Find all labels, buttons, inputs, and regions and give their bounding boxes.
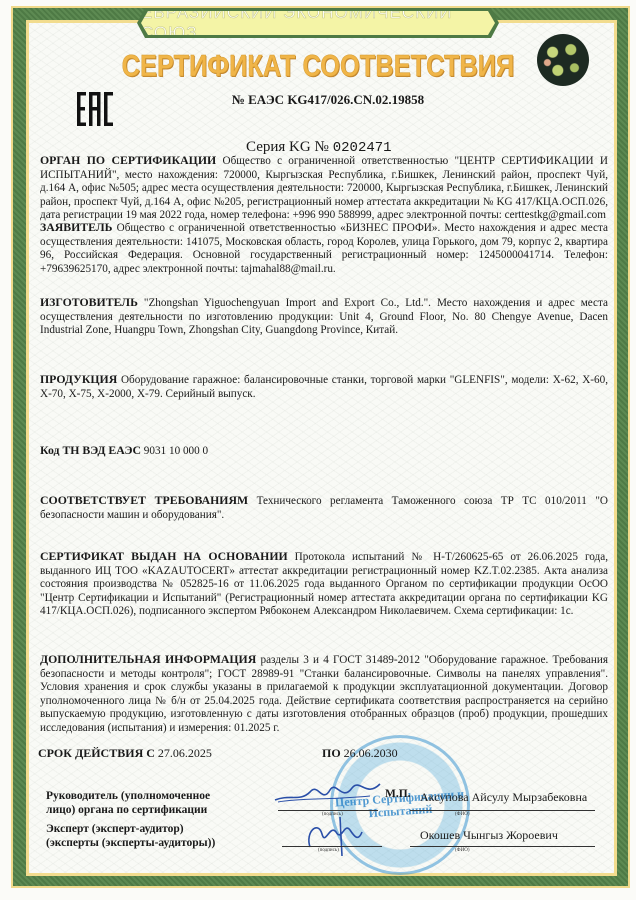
expert-signature-caption: (подпись)	[318, 848, 339, 853]
section-product: ПРОДУКЦИЯ Оборудование гаражное: баланси…	[40, 373, 608, 401]
validity-to-date: 26.06.2030	[344, 746, 398, 760]
validity-to-label: ПО	[322, 746, 341, 760]
seal-place-label: М.П.	[385, 788, 411, 800]
section-heading: СЕРТИФИКАТ ВЫДАН НА ОСНОВАНИИ	[40, 549, 288, 563]
expert-fio-caption: (ФИО)	[455, 848, 470, 853]
validity-from-date: 27.06.2025	[158, 746, 212, 760]
section-manufacturer: ИЗГОТОВИТЕЛЬ "Zhongshan Yiguochengyuan I…	[40, 296, 608, 338]
section-heading: СООТВЕТСТВУЕТ ТРЕБОВАНИЯМ	[40, 493, 248, 507]
section-heading: ИЗГОТОВИТЕЛЬ	[40, 295, 138, 309]
section-heading: ЗАЯВИТЕЛЬ	[40, 220, 112, 234]
validity-to: ПО 26.06.2030	[322, 746, 398, 761]
head-fio-caption: (ФИО)	[455, 812, 470, 817]
expert-name-line	[410, 846, 595, 847]
head-signature-icon	[270, 772, 390, 812]
expert-name: Окошев Чынгыз Жороевич	[420, 828, 558, 843]
section-text: Оборудование гаражное: балансировочные с…	[40, 374, 608, 400]
validity-from: СРОК ДЕЙСТВИЯ С 27.06.2025	[38, 746, 212, 761]
section-applicant: ЗАЯВИТЕЛЬ Общество с ограниченной ответс…	[40, 221, 608, 276]
expert-signatory-label: Эксперт (эксперт-аудитор) (эксперты (экс…	[46, 822, 236, 850]
section-text: 9031 10 000 0	[144, 445, 208, 457]
head-signature-line	[278, 810, 378, 811]
head-signature-caption: (подпись)	[322, 812, 343, 817]
section-heading: ОРГАН ПО СЕРТИФИКАЦИИ	[40, 153, 216, 167]
series-label: Серия KG №	[246, 139, 329, 155]
head-signatory-label: Руководитель (уполномоченное лицо) орган…	[46, 789, 216, 817]
section-heading: Код ТН ВЭД ЕАЭС	[40, 443, 141, 457]
eac-logo-icon	[76, 90, 114, 128]
section-certification-body: ОРГАН ПО СЕРТИФИКАЦИИ Общество с огранич…	[40, 154, 608, 223]
expert-signature-line	[282, 846, 382, 847]
certificate-title: СЕРТИФИКАТ СООТВЕТСТВИЯ	[57, 48, 579, 84]
section-additional-info: ДОПОЛНИТЕЛЬНАЯ ИНФОРМАЦИЯ разделы 3 и 4 …	[40, 653, 608, 736]
section-hs-code: Код ТН ВЭД ЕАЭС 9031 10 000 0	[40, 444, 608, 459]
head-name-line	[410, 810, 595, 811]
union-banner: ЕВРАЗИЙСКИЙ ЭКОНОМИЧЕСКИЙ СОЮЗ	[141, 11, 495, 35]
section-issued-basis: СЕРТИФИКАТ ВЫДАН НА ОСНОВАНИИ Протокола …	[40, 550, 608, 619]
section-conforms: СООТВЕТСТВУЕТ ТРЕБОВАНИЯМ Технического р…	[40, 494, 608, 522]
hologram-seal-icon	[537, 34, 589, 86]
validity-from-label: СРОК ДЕЙСТВИЯ С	[38, 746, 155, 760]
section-heading: ПРОДУКЦИЯ	[40, 372, 117, 386]
section-text: Общество с ограниченной ответственностью…	[40, 222, 608, 275]
section-heading: ДОПОЛНИТЕЛЬНАЯ ИНФОРМАЦИЯ	[40, 652, 256, 666]
head-signatory-name: Аксупова Айсулу Мырзабековна	[420, 790, 587, 805]
